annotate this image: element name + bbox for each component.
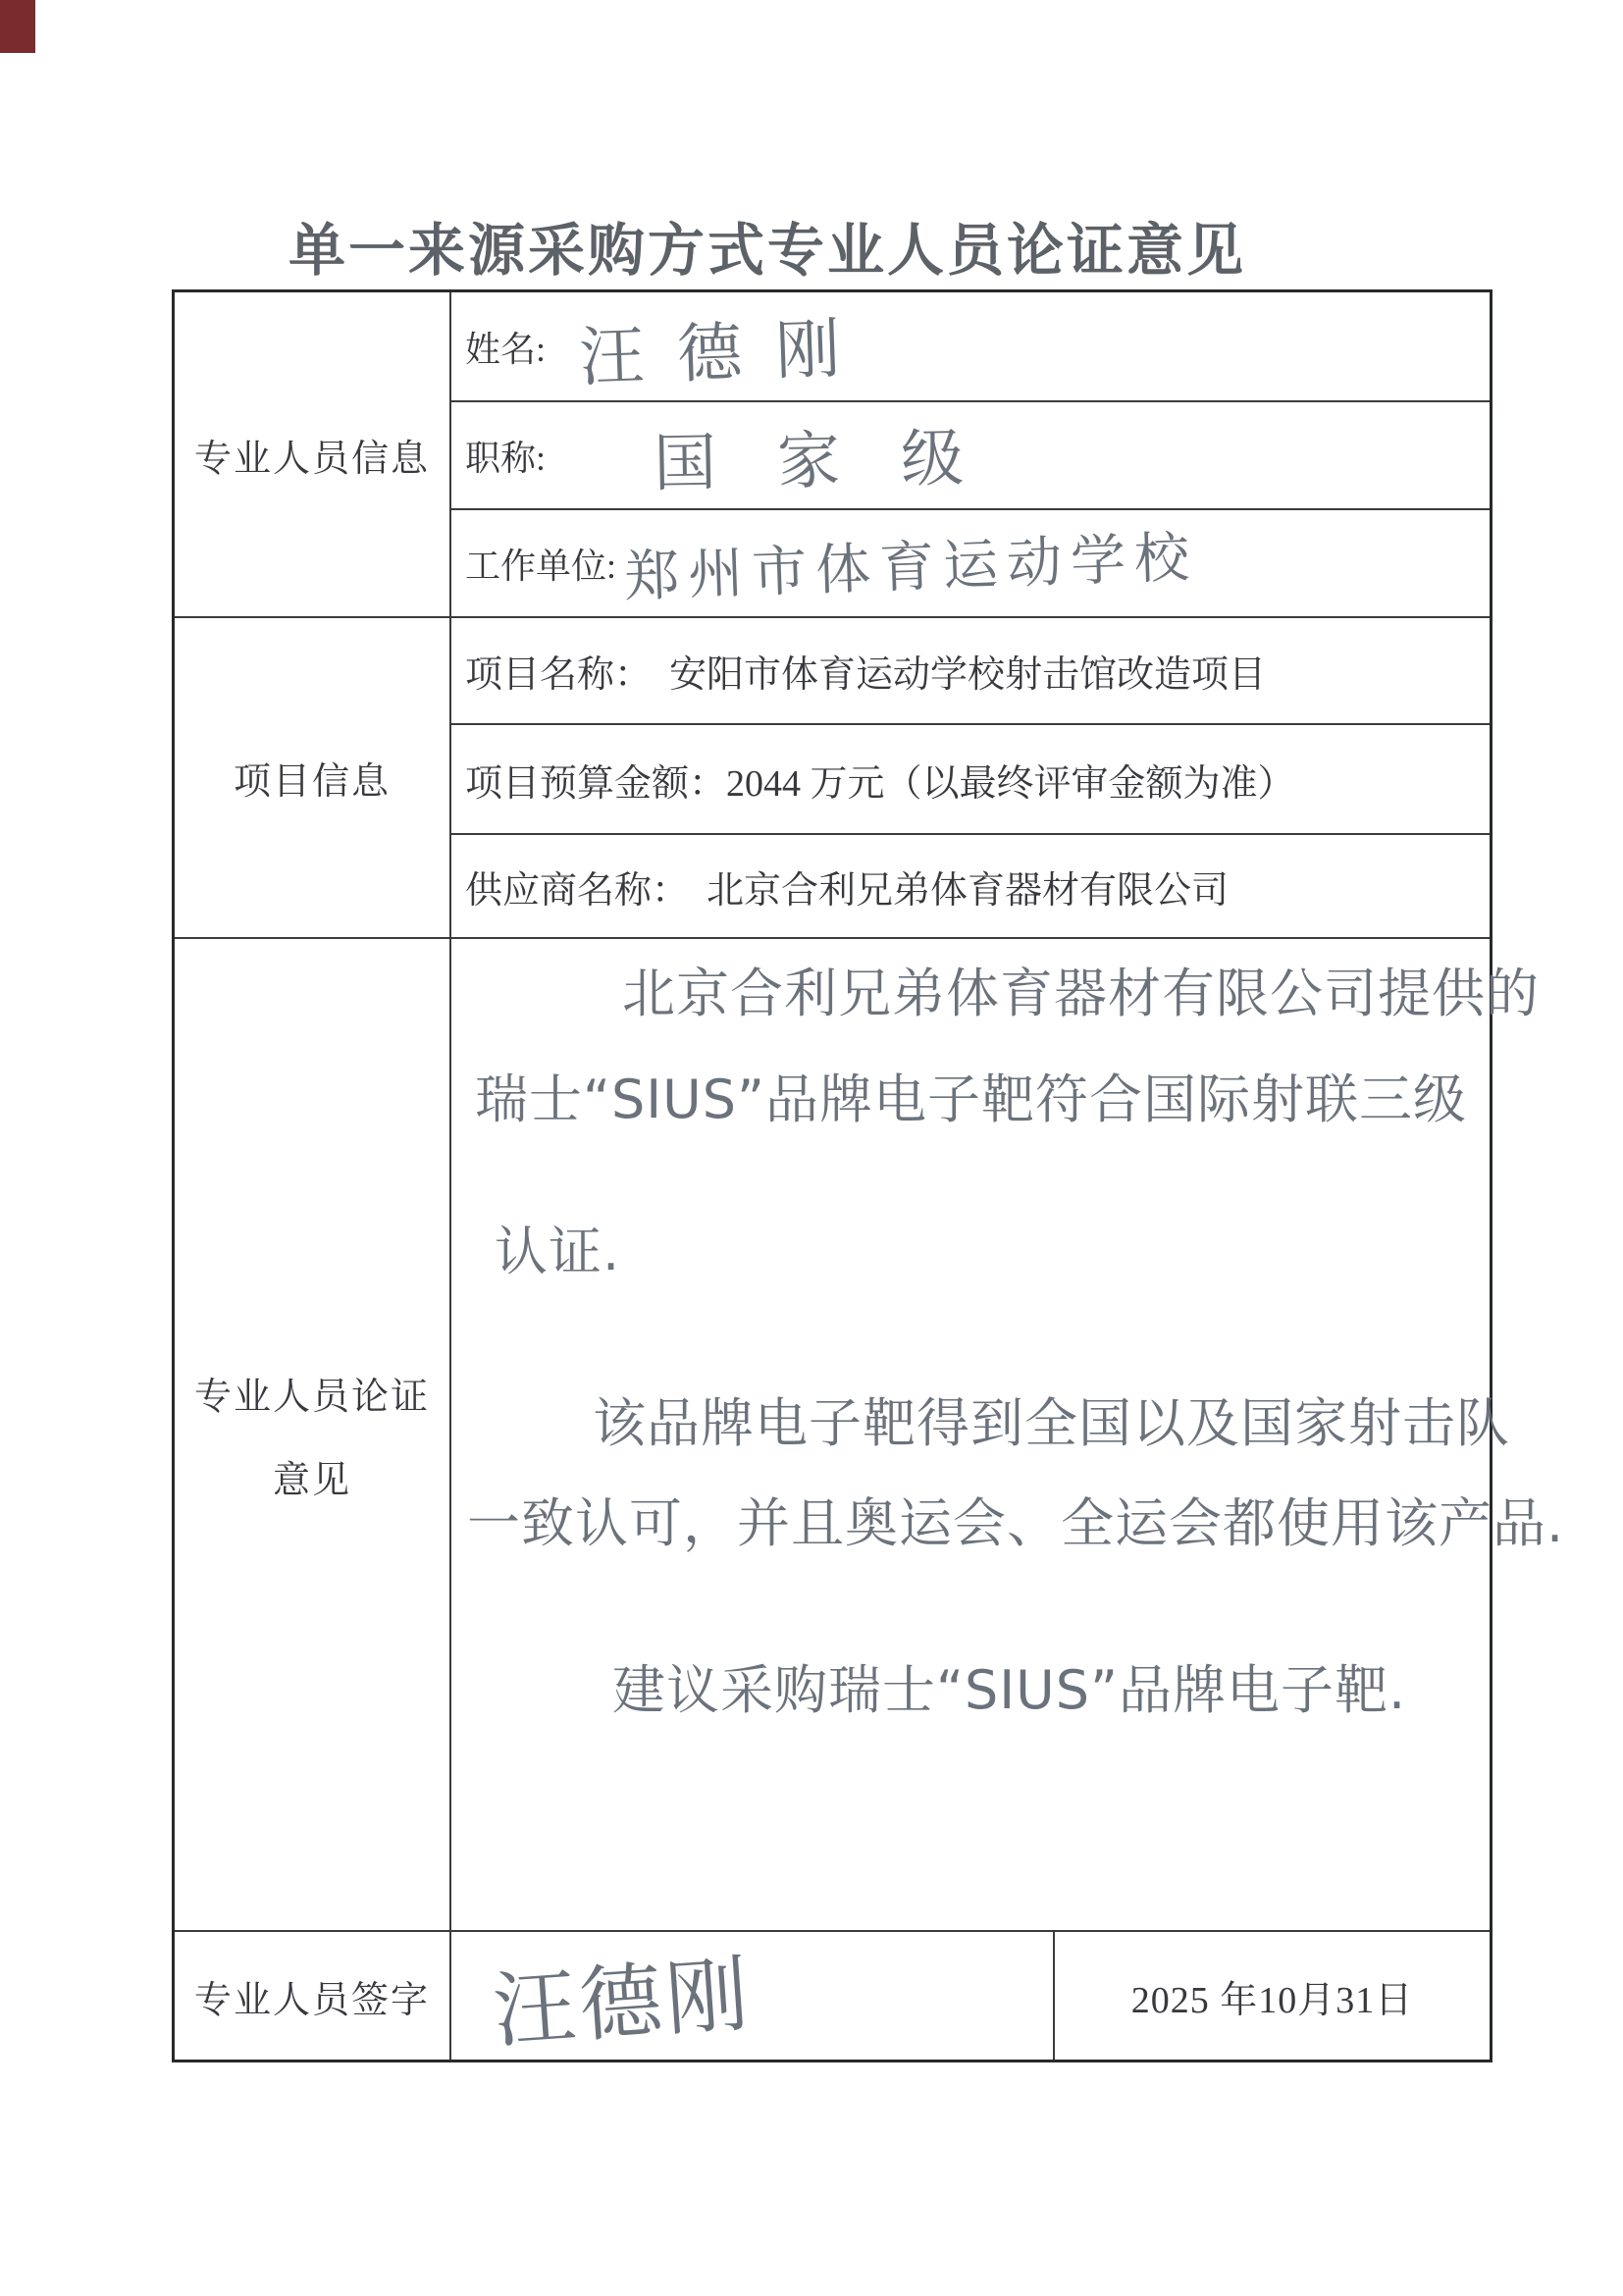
section-label-project: 项目信息 [175, 618, 451, 939]
date-cell: 2025 年10月31日 [1055, 1932, 1490, 2060]
section-label-opinion: 专业人员论证 意见 [175, 939, 451, 1932]
handwritten-employer-value: 郑州市体育运动学校 [623, 514, 1199, 612]
handwritten-signature: 汪德刚 [489, 1927, 756, 2063]
handwritten-opinion-line-1: 北京合利兄弟体育器材有限公司提供的 [622, 955, 1480, 1033]
date-value: 2025 年10月31日 [1131, 1969, 1414, 2023]
row-project-budget: 项目预算金额： 2044 万元（以最终评审金额为准） [451, 725, 1490, 835]
field-label-supplier: 供应商名称： [465, 860, 689, 913]
project-budget-value: 2044 万元（以最终评审金额为准） [726, 753, 1295, 807]
row-supplier: 供应商名称： 北京合利兄弟体育器材有限公司 [451, 835, 1490, 939]
document-title: 单一来源采购方式专业人员论证意见 [0, 204, 1535, 287]
supplier-value: 北京合利兄弟体育器材有限公司 [707, 860, 1229, 913]
field-label-project-budget: 项目预算金额： [465, 753, 726, 807]
handwritten-opinion-line-2: 瑞士“SIUS”品牌电子靶符合国际射联三级 [475, 1061, 1480, 1139]
form-table: 专业人员信息 姓名: 汪德刚 职称: 国家级 工作单位: 郑州市体育运动学校 项… [172, 289, 1492, 2062]
row-employer: 工作单位: 郑州市体育运动学校 [451, 510, 1490, 618]
handwritten-opinion-line-3: 认证. [495, 1213, 1480, 1291]
project-name-value: 安阳市体育运动学校射击馆改造项目 [669, 644, 1266, 698]
section-label-opinion-line2: 意见 [273, 1449, 351, 1503]
handwritten-title-value: 国家级 [653, 407, 1025, 504]
opinion-cell: 北京合利兄弟体育器材有限公司提供的 瑞士“SIUS”品牌电子靶符合国际射联三级 … [451, 939, 1490, 1932]
section-label-opinion-line1: 专业人员论证 [194, 1366, 430, 1420]
document-page: 单一来源采购方式专业人员论证意见 专业人员信息 姓名: 汪德刚 职称: 国家级 … [0, 0, 1623, 2296]
signature-cell: 汪德刚 [451, 1932, 1055, 2060]
field-label-name: 姓名: [465, 322, 546, 372]
field-label-title: 职称: [465, 431, 546, 481]
section-label-personnel: 专业人员信息 [175, 292, 451, 618]
section-label-signature: 专业人员签字 [175, 1932, 451, 2060]
handwritten-name-value: 汪德刚 [577, 294, 874, 397]
field-label-project-name: 项目名称： [465, 644, 652, 698]
handwritten-opinion-line-4: 该品牌电子靶得到全国以及国家射击队 [593, 1384, 1480, 1463]
field-label-employer: 工作单位: [465, 539, 616, 589]
row-project-name: 项目名称： 安阳市体育运动学校射击馆改造项目 [451, 618, 1490, 725]
handwritten-opinion-line-6: 建议采购瑞士“SIUS”品牌电子靶. [612, 1651, 1480, 1730]
row-title: 职称: 国家级 [451, 402, 1490, 510]
handwritten-opinion-line-5: 一致认可，并且奥运会、全运会都使用该产品. [467, 1485, 1480, 1563]
scan-corner-mark [0, 0, 35, 53]
row-name: 姓名: 汪德刚 [451, 292, 1490, 402]
